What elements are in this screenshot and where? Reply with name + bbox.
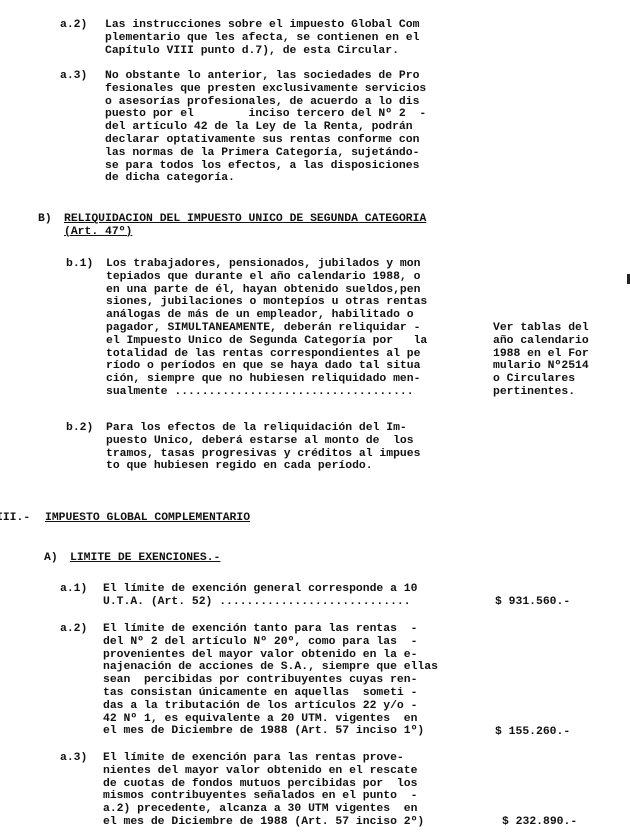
item-label-a3: a.3) — [60, 70, 87, 83]
text-line: nientes del mayor valor obtenido en el r… — [103, 765, 424, 778]
text-line: das a la tributación de los artículos 22… — [103, 700, 438, 713]
text-line: sualmente ..............................… — [106, 386, 427, 399]
item-label-b1: b.1) — [66, 258, 93, 271]
section-b-heading: RELIQUIDACION DEL IMPUESTO UNICO DE SEGU… — [64, 213, 426, 239]
paragraph-iii-a1-limite-general: El límite de exención general correspond… — [103, 583, 417, 609]
text-line: mismos contribuyentes señalados en el pu… — [103, 790, 424, 803]
text-line: de dicha categoría. — [105, 172, 426, 185]
text-line: sean percibidas por contribuyentes cuyas… — [103, 674, 438, 687]
text-line: 42 Nº 1, es equivalente a 20 UTM. vigent… — [103, 713, 438, 726]
paragraph-b1-reliquidacion: Los trabajadores, pensionados, jubilados… — [106, 258, 427, 399]
text-line: El límite de exención tanto para las ren… — [103, 623, 438, 636]
text-line: o asesorías profesionales, de acuerdo a … — [105, 96, 426, 109]
subsection-a-title: LIMITE DE EXENCIONES.- — [70, 552, 220, 565]
section-iii-title: IMPUESTO GLOBAL COMPLEMENTARIO — [45, 512, 250, 525]
section-b-title: RELIQUIDACION DEL IMPUESTO UNICO DE SEGU… — [64, 213, 426, 226]
amount-iii-a2: $ 155.260.- — [495, 726, 570, 739]
item-label-iii-a1: a.1) — [60, 583, 87, 596]
text-line: el mes de Diciembre de 1988 (Art. 57 inc… — [103, 725, 438, 738]
paragraph-b2-efectos: Para los efectos de la reliquidación del… — [106, 422, 420, 473]
text-line: tepiados que durante el año calendario 1… — [106, 271, 427, 284]
text-line: las normas de la Primera Categoría, suje… — [105, 147, 426, 160]
text-line: Ver tablas del — [493, 322, 589, 335]
text-line: o Circulares — [493, 373, 589, 386]
text-line: pagador, SIMULTANEAMENTE, deberán reliqu… — [106, 322, 427, 335]
text-line: 1988 en el For — [493, 348, 589, 361]
item-label-b2: b.2) — [66, 422, 93, 435]
text-line: to que hubiesen regido en cada período. — [106, 460, 420, 473]
paragraph-a2-instructions: Las instrucciones sobre el impuesto Glob… — [105, 19, 419, 57]
text-line: en una parte de él, hayan obtenido sueld… — [106, 284, 427, 297]
item-label-iii-a3: a.3) — [60, 752, 87, 765]
text-line: Capítulo VIII punto d.7), de esta Circul… — [105, 45, 419, 58]
text-line: pertinentes. — [493, 386, 589, 399]
text-line: U.T.A. (Art. 52) .......................… — [103, 596, 417, 609]
amount-iii-a3: $ 232.890.- — [502, 816, 577, 829]
text-line: el mes de Diciembre de 1988 (Art. 57 inc… — [103, 816, 424, 829]
text-line: de cuotas de fondos mutuos percibidas po… — [103, 778, 424, 791]
text-line: del artículo 42 de la Ley de la Renta, p… — [105, 121, 426, 134]
text-line: Las instrucciones sobre el impuesto Glob… — [105, 19, 419, 32]
text-line: Para los efectos de la reliquidación del… — [106, 422, 420, 435]
section-b-article: (Art. 47º) — [64, 226, 426, 239]
text-line: siones, jubilaciones o montepíos u otras… — [106, 296, 427, 309]
text-line: tramos, tasas progresivas y créditos al … — [106, 448, 420, 461]
text-line: plementario que les afecta, se contienen… — [105, 32, 419, 45]
text-line: ción, siempre que no hubiesen reliquidad… — [106, 373, 427, 386]
paragraph-a3-sociedades-profesionales: No obstante lo anterior, las sociedades … — [105, 70, 426, 185]
paragraph-iii-a2-limite-rentas: El límite de exención tanto para las ren… — [103, 623, 438, 738]
paragraph-iii-a3-fondos-mutuos: El límite de exención para las rentas pr… — [103, 752, 424, 829]
text-line: análogas de más de un empleador, habilit… — [106, 309, 427, 322]
item-label-a2: a.2) — [60, 19, 87, 32]
text-line: a.2) precedente, alcanza a 30 UTM vigent… — [103, 803, 424, 816]
text-line: El límite de exención general correspond… — [103, 583, 417, 596]
text-line: No obstante lo anterior, las sociedades … — [105, 70, 426, 83]
text-line: año calendario — [493, 335, 589, 348]
amount-iii-a1: $ 931.560.- — [495, 596, 570, 609]
text-line: el Impuesto Unico de Segunda Categoría p… — [106, 335, 427, 348]
text-line: El límite de exención para las rentas pr… — [103, 752, 424, 765]
text-line: Los trabajadores, pensionados, jubilados… — [106, 258, 427, 271]
section-iii-label: III.- — [0, 512, 30, 525]
text-line: najenación de acciones de S.A., siempre … — [103, 661, 438, 674]
section-b-label: B) — [38, 213, 52, 226]
text-line: totalidad de las rentas correspondientes… — [106, 348, 427, 361]
text-line: puesto Unico, deberá estarse al monto de… — [106, 435, 420, 448]
item-label-iii-a2: a.2) — [60, 623, 87, 636]
text-line: fesionales que presten exclusivamente se… — [105, 83, 426, 96]
text-line: provenientes del mayor valor obtenido en… — [103, 649, 438, 662]
text-line: mulario Nº2514 — [493, 360, 589, 373]
text-line: ríodo o períodos en que se haya dado tal… — [106, 360, 427, 373]
text-line: puesto por el inciso tercero del Nº 2 - — [105, 108, 426, 121]
text-line: declarar optativamente sus rentas confor… — [105, 134, 426, 147]
subsection-a-label: A) — [44, 552, 58, 565]
side-note-tablas: Ver tablas del año calendario 1988 en el… — [493, 322, 589, 399]
text-line: se para todos los efectos, a las disposi… — [105, 160, 426, 173]
text-line: del Nº 2 del artículo Nº 20º, como para … — [103, 636, 438, 649]
text-line: tas consistan únicamente en aquellas som… — [103, 687, 438, 700]
